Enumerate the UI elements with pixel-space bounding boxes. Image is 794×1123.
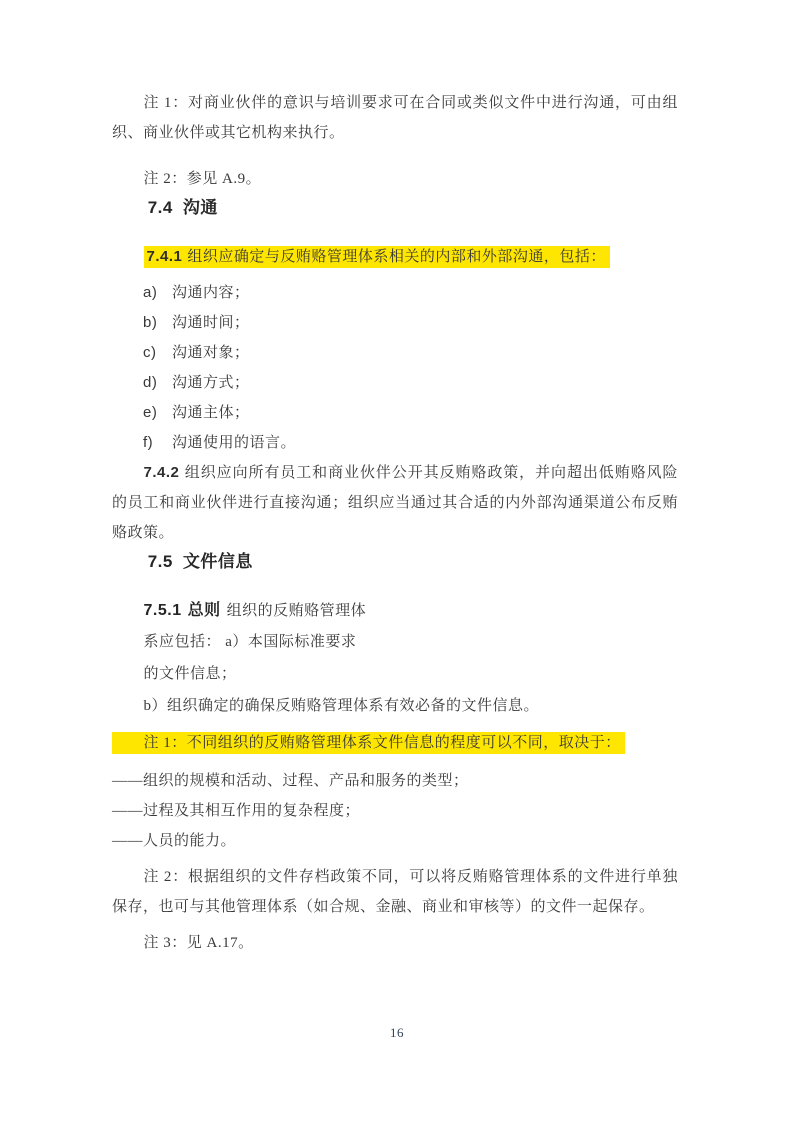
list-item-text: 沟通使用的语言。 [172,428,296,458]
list-item-text: 沟通时间； [172,308,250,338]
document-page: 注 1：对商业伙伴的意识与培训要求可在合同或类似文件中进行沟通，可由组织、商业伙… [0,0,794,1123]
list-item: a) 沟通内容； [143,278,678,308]
list-marker: a) [143,278,172,308]
communication-list: a) 沟通内容； b) 沟通时间； c) 沟通对象； d) 沟通方式； e) 沟… [112,278,678,458]
clause-text-7-4-1: 组织应确定与反贿赂管理体系相关的内部和外部沟通，包括： [187,249,606,265]
list-item-text: 沟通方式； [172,368,250,398]
dash-item: ——过程及其相互作用的复杂程度； [112,796,678,826]
section-number-7-5: 7.5 [148,552,173,571]
note-1-7-5-1: 注 1：不同组织的反贿赂管理体系文件信息的程度可以不同，取决于： [112,728,678,758]
clause-7-5-1-line4: b）组织确定的确保反贿赂管理体系有效必备的文件信息。 [112,690,678,722]
note-1-paragraph: 注 1：对商业伙伴的意识与培训要求可在合同或类似文件中进行沟通，可由组织、商业伙… [112,88,678,148]
list-item: c) 沟通对象； [143,338,678,368]
clause-7-5-1-line2: 系应包括： a）本国际标准要求 [112,626,678,658]
list-marker: c) [143,338,172,368]
dash-item: ——组织的规模和活动、过程、产品和服务的类型； [112,766,678,796]
clause-number-7-4-1: 7.4.1 [147,248,183,265]
page-content: 注 1：对商业伙伴的意识与培训要求可在合同或类似文件中进行沟通，可由组织、商业伙… [112,88,678,958]
list-item-text: 沟通对象； [172,338,250,368]
note-2-7-5-1: 注 2：根据组织的文件存档政策不同，可以将反贿赂管理体系的文件进行单独保存，也可… [112,862,678,922]
highlighted-clause-7-4-1: 7.4.1组织应确定与反贿赂管理体系相关的内部和外部沟通，包括： [144,246,610,268]
clause-7-5-1-line3: 的文件信息； [112,658,678,690]
list-item: d) 沟通方式； [143,368,678,398]
clause-number-7-5-1: 7.5.1 [144,602,182,619]
list-marker: f) [143,428,172,458]
clause-number-7-4-2: 7.4.2 [144,464,180,481]
clause-7-4-1: 7.4.1组织应确定与反贿赂管理体系相关的内部和外部沟通，包括： [112,242,678,272]
section-number-7-4: 7.4 [148,198,173,217]
list-item-text: 沟通主体； [172,398,250,428]
section-title-7-5: 文件信息 [183,552,253,571]
note-2-paragraph: 注 2：参见 A.9。 [112,164,678,194]
clause-7-4-2: 7.4.2组织应向所有员工和商业伙伴公开其反贿赂政策，并向超出低贿赂风险的员工和… [112,458,678,548]
list-item-text: 沟通内容； [172,278,250,308]
dash-item: ——人员的能力。 [112,826,678,856]
list-marker: e) [143,398,172,428]
clause-lead-text-7-5-1: 组织的反贿赂管理体 [227,603,367,619]
highlighted-note-1-7-5-1: 注 1：不同组织的反贿赂管理体系文件信息的程度可以不同，取决于： [112,732,625,754]
clause-subtitle-7-5-1: 总则 [188,602,221,619]
section-heading-7-5: 7.5文件信息 [112,548,678,576]
list-marker: d) [143,368,172,398]
list-item: f) 沟通使用的语言。 [143,428,678,458]
note-3-7-5-1: 注 3：见 A.17。 [112,928,678,958]
list-marker: b) [143,308,172,338]
clause-text-7-4-2: 组织应向所有员工和商业伙伴公开其反贿赂政策，并向超出低贿赂风险的员工和商业伙伴进… [112,465,678,541]
list-item: b) 沟通时间； [143,308,678,338]
dependency-dash-list: ——组织的规模和活动、过程、产品和服务的类型； ——过程及其相互作用的复杂程度；… [112,766,678,856]
page-number: 16 [0,1025,794,1041]
clause-7-5-1-lead: 7.5.1总则组织的反贿赂管理体 [112,596,678,626]
section-title-7-4: 沟通 [183,198,218,217]
list-item: e) 沟通主体； [143,398,678,428]
section-heading-7-4: 7.4沟通 [112,194,678,222]
